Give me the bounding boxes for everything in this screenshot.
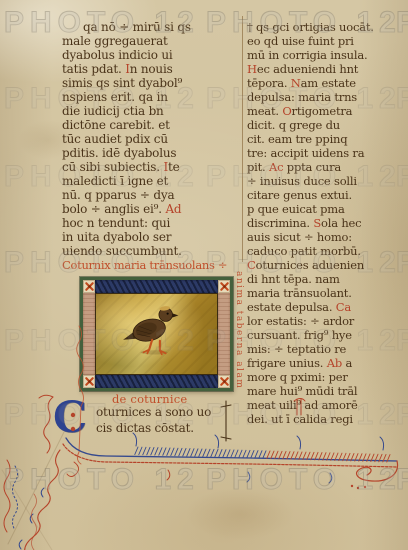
- manuscript-photo: qa nō ÷ mirū si qsmale ggregaueratdyabol…: [0, 0, 408, 550]
- text-line: dei. ut ī calida regi: [247, 412, 405, 426]
- text-line: bolo ÷ anglis ei⁹. Ad: [62, 202, 240, 216]
- text-line: discrimina. Sola hec: [247, 216, 405, 230]
- text-line: in uita dyabolo ser: [62, 230, 240, 244]
- right-column: † qs gci ortigias uocāt.eo qd uise fuint…: [247, 20, 405, 426]
- text-line: † qs gci ortigias uocāt.: [247, 20, 405, 34]
- text-line: cis dictas cōstat.: [96, 420, 211, 436]
- text-line: cū sibi subiectis. Ite: [62, 160, 240, 174]
- text-line: p que euicat pma: [247, 202, 405, 216]
- text-line: hoc n tendunt: qui: [62, 216, 240, 230]
- text-line: die iudicij ctia bn: [62, 104, 240, 118]
- text-line: pditis. idē dyabolus: [62, 146, 240, 160]
- watermark-text: PHOTO 12: [396, 463, 408, 497]
- text-line: nū. q pparus ÷ dya: [62, 188, 240, 202]
- cross-line-filler-icon: [221, 401, 231, 441]
- text-line: nspiens erit. qa in: [62, 90, 240, 104]
- text-line: oturnices a sono uo: [96, 404, 211, 420]
- text-line: mū in corrigia insula.: [247, 48, 405, 62]
- frame-bottom-band: [95, 375, 218, 388]
- text-line: caduco patit morbū.: [247, 244, 405, 258]
- section-text: oturnices a sono uo cis dictas cōstat.: [96, 404, 211, 436]
- text-line: dyabolus indicio ui: [62, 48, 240, 62]
- illuminated-initial: C: [53, 394, 87, 442]
- left-column: qa nō ÷ mirū si qsmale ggregaueratdyabol…: [62, 20, 240, 258]
- text-line: auis sicut ÷ homo:: [247, 230, 405, 244]
- text-line: tūc audiet pdix cū: [62, 132, 240, 146]
- text-line: citare genus extui.: [247, 188, 405, 202]
- vertical-marginalia: anima taberna alam: [232, 271, 244, 421]
- text-line: frigare unius. Ab a: [247, 356, 405, 370]
- text-line: qa nō ÷ mirū si qs: [62, 20, 240, 34]
- frame-top-band: [95, 280, 218, 293]
- text-line: pit. Ac ppta cura: [247, 160, 405, 174]
- text-line: mare hui⁹ mūdi trāl: [247, 384, 405, 398]
- parchment-stain: [185, 488, 295, 540]
- corner-floret-icon: [218, 280, 230, 293]
- text-line: maledicti ī igne et: [62, 174, 240, 188]
- text-line: depulsa: maria trns: [247, 90, 405, 104]
- text-line: more q pximi: per: [247, 370, 405, 384]
- text-line: male ggregauerat: [62, 34, 240, 48]
- text-line: tatis pdat. In nouis: [62, 62, 240, 76]
- text-line: simis qs sint dyabol⁹: [62, 76, 240, 90]
- frame-right-bar: [218, 293, 230, 375]
- corner-floret-icon: [83, 375, 95, 388]
- text-line: dicit. q grege du: [247, 118, 405, 132]
- corner-floret-icon: [83, 280, 95, 293]
- text-line: cit. eam tre ppinq: [247, 132, 405, 146]
- gold-ground: [95, 293, 218, 375]
- text-line: eo qd uise fuint pri: [247, 34, 405, 48]
- text-line: meat uili⁹ ad amorē: [247, 398, 405, 412]
- text-line: ÷ inuisus duce solli: [247, 174, 405, 188]
- miniature-quail: [80, 277, 233, 391]
- text-line: estate depulsa. Ca: [247, 300, 405, 314]
- corner-floret-icon: [218, 375, 230, 388]
- rubric-above-miniature: Coturnix maria trānsuolans ÷: [62, 259, 247, 272]
- watermark-text: PHOTO 12: [206, 463, 402, 497]
- text-line: mis: ÷ teptatio re: [247, 342, 405, 356]
- text-line: tēpora. Nam estate: [247, 76, 405, 90]
- text-line: Coturnices aduenien: [247, 258, 405, 272]
- frame-left-bar: [83, 293, 95, 375]
- text-line: tre: accipit uidens ra: [247, 146, 405, 160]
- text-line: cursuant. frig⁹ hye: [247, 328, 405, 342]
- quail-bird-icon: [96, 294, 217, 374]
- text-line: di hnt tēpa. nam: [247, 272, 405, 286]
- penwork-hatch: [135, 447, 390, 462]
- text-line: uiendo succumbunt.: [62, 244, 240, 258]
- text-line: Hec adueniendi hnt: [247, 62, 405, 76]
- watermark-text: PHOTO 12: [4, 463, 200, 497]
- text-line: maria trānsuolant.: [247, 286, 405, 300]
- column-ruling-line: [242, 16, 243, 262]
- text-line: meat. Ortigometra: [247, 104, 405, 118]
- text-line: dictōne carebit. et: [62, 118, 240, 132]
- text-line: lor estatis: ÷ ardor: [247, 314, 405, 328]
